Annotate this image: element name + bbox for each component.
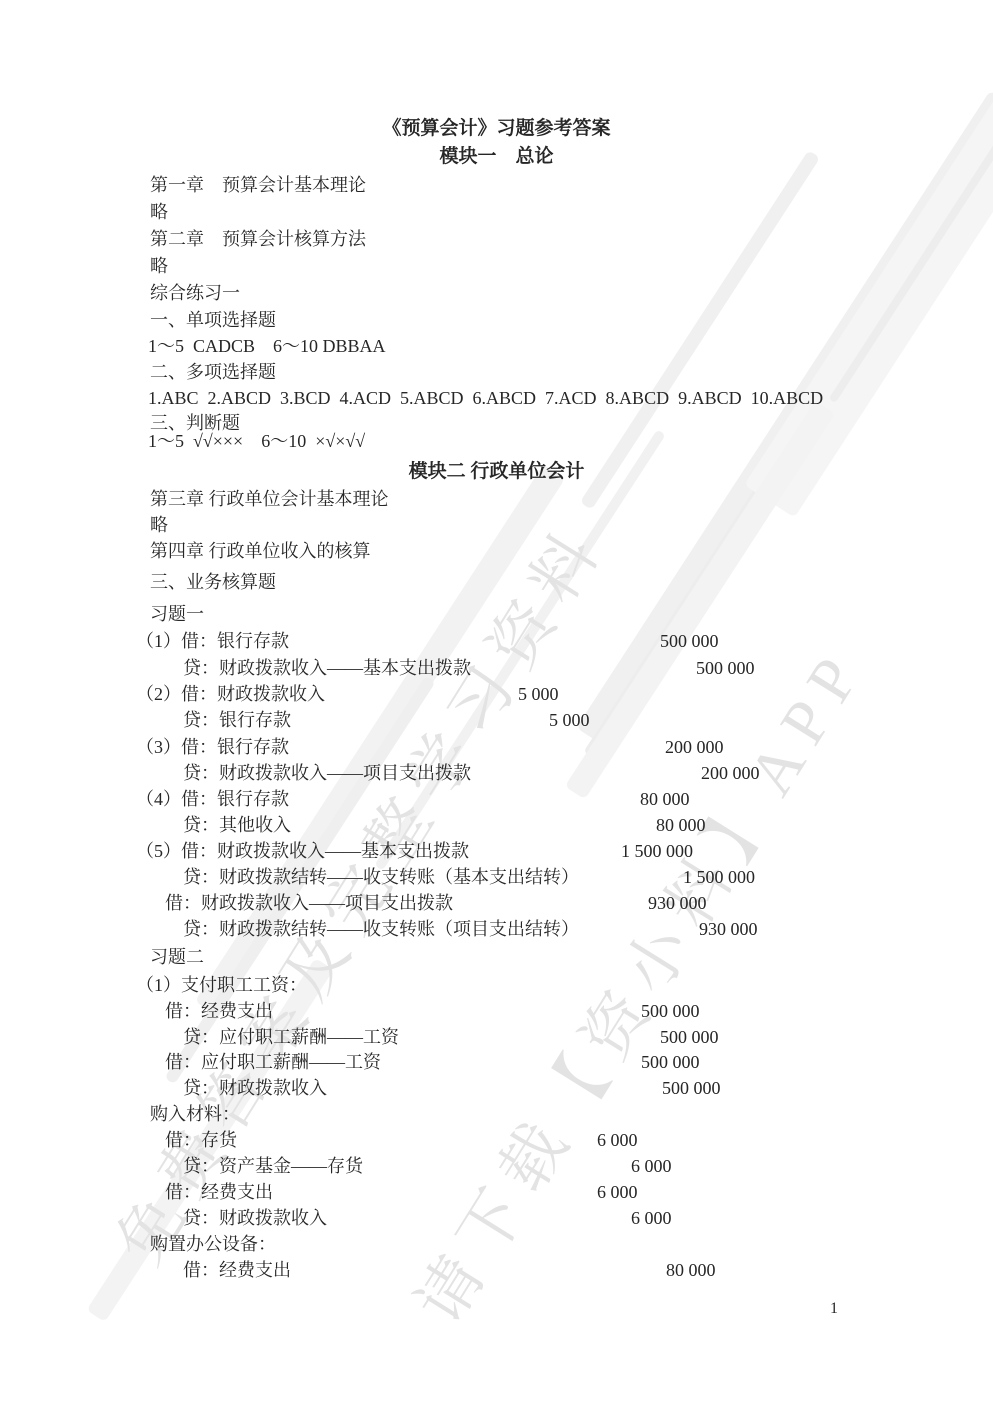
line-text: 第二章 预算会计核算方法 [150,229,366,249]
text-line: 习题一 [0,604,993,626]
line-text: （1）支付职工工资： [136,975,307,995]
entry-text: （3）借：银行存款 [136,737,289,757]
journal-entry-line: 借：经费支出80 000 [0,1260,993,1282]
journal-entry-line: 贷：财政拨款收入500 000 [0,1078,993,1100]
line-text: 三、判断题 [150,413,240,433]
text-line: 二、多项选择题 [0,362,993,384]
amount: 1 500 000 [683,867,755,887]
journal-entry-line: 借：经费支出6 000 [0,1182,993,1204]
entry-text: 借：经费支出 [165,1182,273,1202]
text-line: 第四章 行政单位收入的核算 [0,541,993,563]
line-text: 一、单项选择题 [150,310,276,330]
amount: 500 000 [696,658,755,678]
entry-text: 借：财政拨款收入——项目支出拨款 [165,893,453,913]
line-text: 综合练习一 [150,283,240,303]
text-line: 第二章 预算会计核算方法 [0,229,993,251]
line-text: 第一章 预算会计基本理论 [150,175,366,195]
journal-entry-line: 贷：财政拨款结转——收支转账（基本支出结转）1 500 000 [0,867,993,889]
amount: 80 000 [666,1260,716,1280]
text-line: 略 [0,515,993,537]
amount: 500 000 [660,631,719,651]
entry-text: 借：应付职工薪酬——工资 [165,1052,381,1072]
amount: 6 000 [631,1208,672,1228]
line-text: 二、多项选择题 [150,362,276,382]
line-text: 习题一 [150,604,204,624]
amount: 6 000 [597,1182,638,1202]
journal-entry-line: （2）借：财政拨款收入5 000 [0,684,993,706]
journal-entry-line: 贷：财政拨款收入——基本支出拨款500 000 [0,658,993,680]
amount: 500 000 [641,1052,700,1072]
journal-entry-line: 贷：财政拨款收入——项目支出拨款200 000 [0,763,993,785]
entry-text: （4）借：银行存款 [136,789,289,809]
journal-entry-line: （1）借：银行存款500 000 [0,631,993,653]
journal-entry-line: （3）借：银行存款200 000 [0,737,993,759]
module1-heading: 模块一 总论 [0,146,993,167]
text-line: 购入材料： [0,1104,993,1126]
amount: 5 000 [549,710,590,730]
journal-entry-line: 借：财政拨款收入——项目支出拨款930 000 [0,893,993,915]
amount: 6 000 [597,1130,638,1150]
entry-text: 贷：资产基金——存货 [183,1156,363,1176]
entry-text: 贷：财政拨款收入 [183,1078,327,1098]
amount: 6 000 [631,1156,672,1176]
journal-entry-line: 贷：其他收入80 000 [0,815,993,837]
amount: 200 000 [701,763,760,783]
text-line: 购置办公设备： [0,1234,993,1256]
entry-text: 贷：应付职工薪酬——工资 [183,1027,399,1047]
text-line: 略 [0,256,993,278]
amount: 930 000 [699,919,758,939]
amount: 1 500 000 [621,841,693,861]
entry-text: （2）借：财政拨款收入 [136,684,325,704]
answer-line: 1～5 √√××× 6～10 ×√×√√ [0,431,993,453]
page-number: 1 [830,1300,838,1318]
line-text: 第三章 行政单位会计基本理论 [150,489,389,509]
entry-text: 贷：财政拨款收入——基本支出拨款 [183,658,471,678]
line-text: 略 [150,256,168,276]
text-line: 第一章 预算会计基本理论 [0,175,993,197]
text-line: 三、业务核算题 [0,572,993,594]
entry-text: 贷：财政拨款结转——收支转账（基本支出结转） [183,867,579,887]
entry-text: （5）借：财政拨款收入——基本支出拨款 [136,841,469,861]
text-line: 综合练习一 [0,283,993,305]
journal-entry-line: 贷：财政拨款结转——收支转账（项目支出结转）930 000 [0,919,993,941]
amount: 5 000 [518,684,559,704]
journal-entry-line: 借：应付职工薪酬——工资500 000 [0,1052,993,1074]
line-text: 1.ABC 2.ABCD 3.BCD 4.ACD 5.ABCD 6.ABCD 7… [148,388,823,408]
text-line: 习题二 [0,947,993,969]
journal-entry-line: 贷：应付职工薪酬——工资500 000 [0,1027,993,1049]
amount: 200 000 [665,737,724,757]
text-line: 略 [0,202,993,224]
line-text: 1～5 CADCB 6～10 DBBAA [148,336,386,356]
module2-heading: 模块二 行政单位会计 [0,461,993,482]
line-text: 略 [150,515,168,535]
line-text: 三、业务核算题 [150,572,276,592]
amount: 500 000 [641,1001,700,1021]
entry-text: 贷：财政拨款收入 [183,1208,327,1228]
line-text: 习题二 [150,947,204,967]
amount: 80 000 [640,789,690,809]
line-text: 购置办公设备： [150,1234,276,1254]
answer-line: 1～5 CADCB 6～10 DBBAA [0,336,993,358]
journal-entry-line: （4）借：银行存款80 000 [0,789,993,811]
amount: 500 000 [662,1078,721,1098]
entry-text: 贷：其他收入 [183,815,291,835]
amount: 80 000 [656,815,706,835]
entry-text: 贷：财政拨款收入——项目支出拨款 [183,763,471,783]
line-text: 第四章 行政单位收入的核算 [150,541,371,561]
journal-entry-line: 借：经费支出500 000 [0,1001,993,1023]
journal-entry-line: 贷：资产基金——存货6 000 [0,1156,993,1178]
line-text: 购入材料： [150,1104,240,1124]
line-text: 略 [150,202,168,222]
journal-entry-line: （5）借：财政拨款收入——基本支出拨款1 500 000 [0,841,993,863]
line-text: 1～5 √√××× 6～10 ×√×√√ [148,431,365,451]
entry-text: 借：经费支出 [183,1260,291,1280]
journal-entry-line: 借：存货6 000 [0,1130,993,1152]
document-title: 《预算会计》习题参考答案 [0,118,993,139]
journal-entry-line: 贷：银行存款5 000 [0,710,993,732]
entry-text: 贷：财政拨款结转——收支转账（项目支出结转） [183,919,579,939]
journal-entry-line: 贷：财政拨款收入6 000 [0,1208,993,1230]
amount: 930 000 [648,893,707,913]
text-line: 第三章 行政单位会计基本理论 [0,489,993,511]
document-page: 免费答案及完整学习资料 请下载【资小料】APP 《预算会计》习题参考答案 模块一… [0,0,993,1404]
text-line: 一、单项选择题 [0,310,993,332]
entry-text: （1）借：银行存款 [136,631,289,651]
entry-text: 借：存货 [165,1130,237,1150]
text-line: （1）支付职工工资： [0,975,993,997]
amount: 500 000 [660,1027,719,1047]
entry-text: 贷：银行存款 [183,710,291,730]
answer-line: 1.ABC 2.ABCD 3.BCD 4.ACD 5.ABCD 6.ABCD 7… [0,388,993,410]
entry-text: 借：经费支出 [165,1001,273,1021]
